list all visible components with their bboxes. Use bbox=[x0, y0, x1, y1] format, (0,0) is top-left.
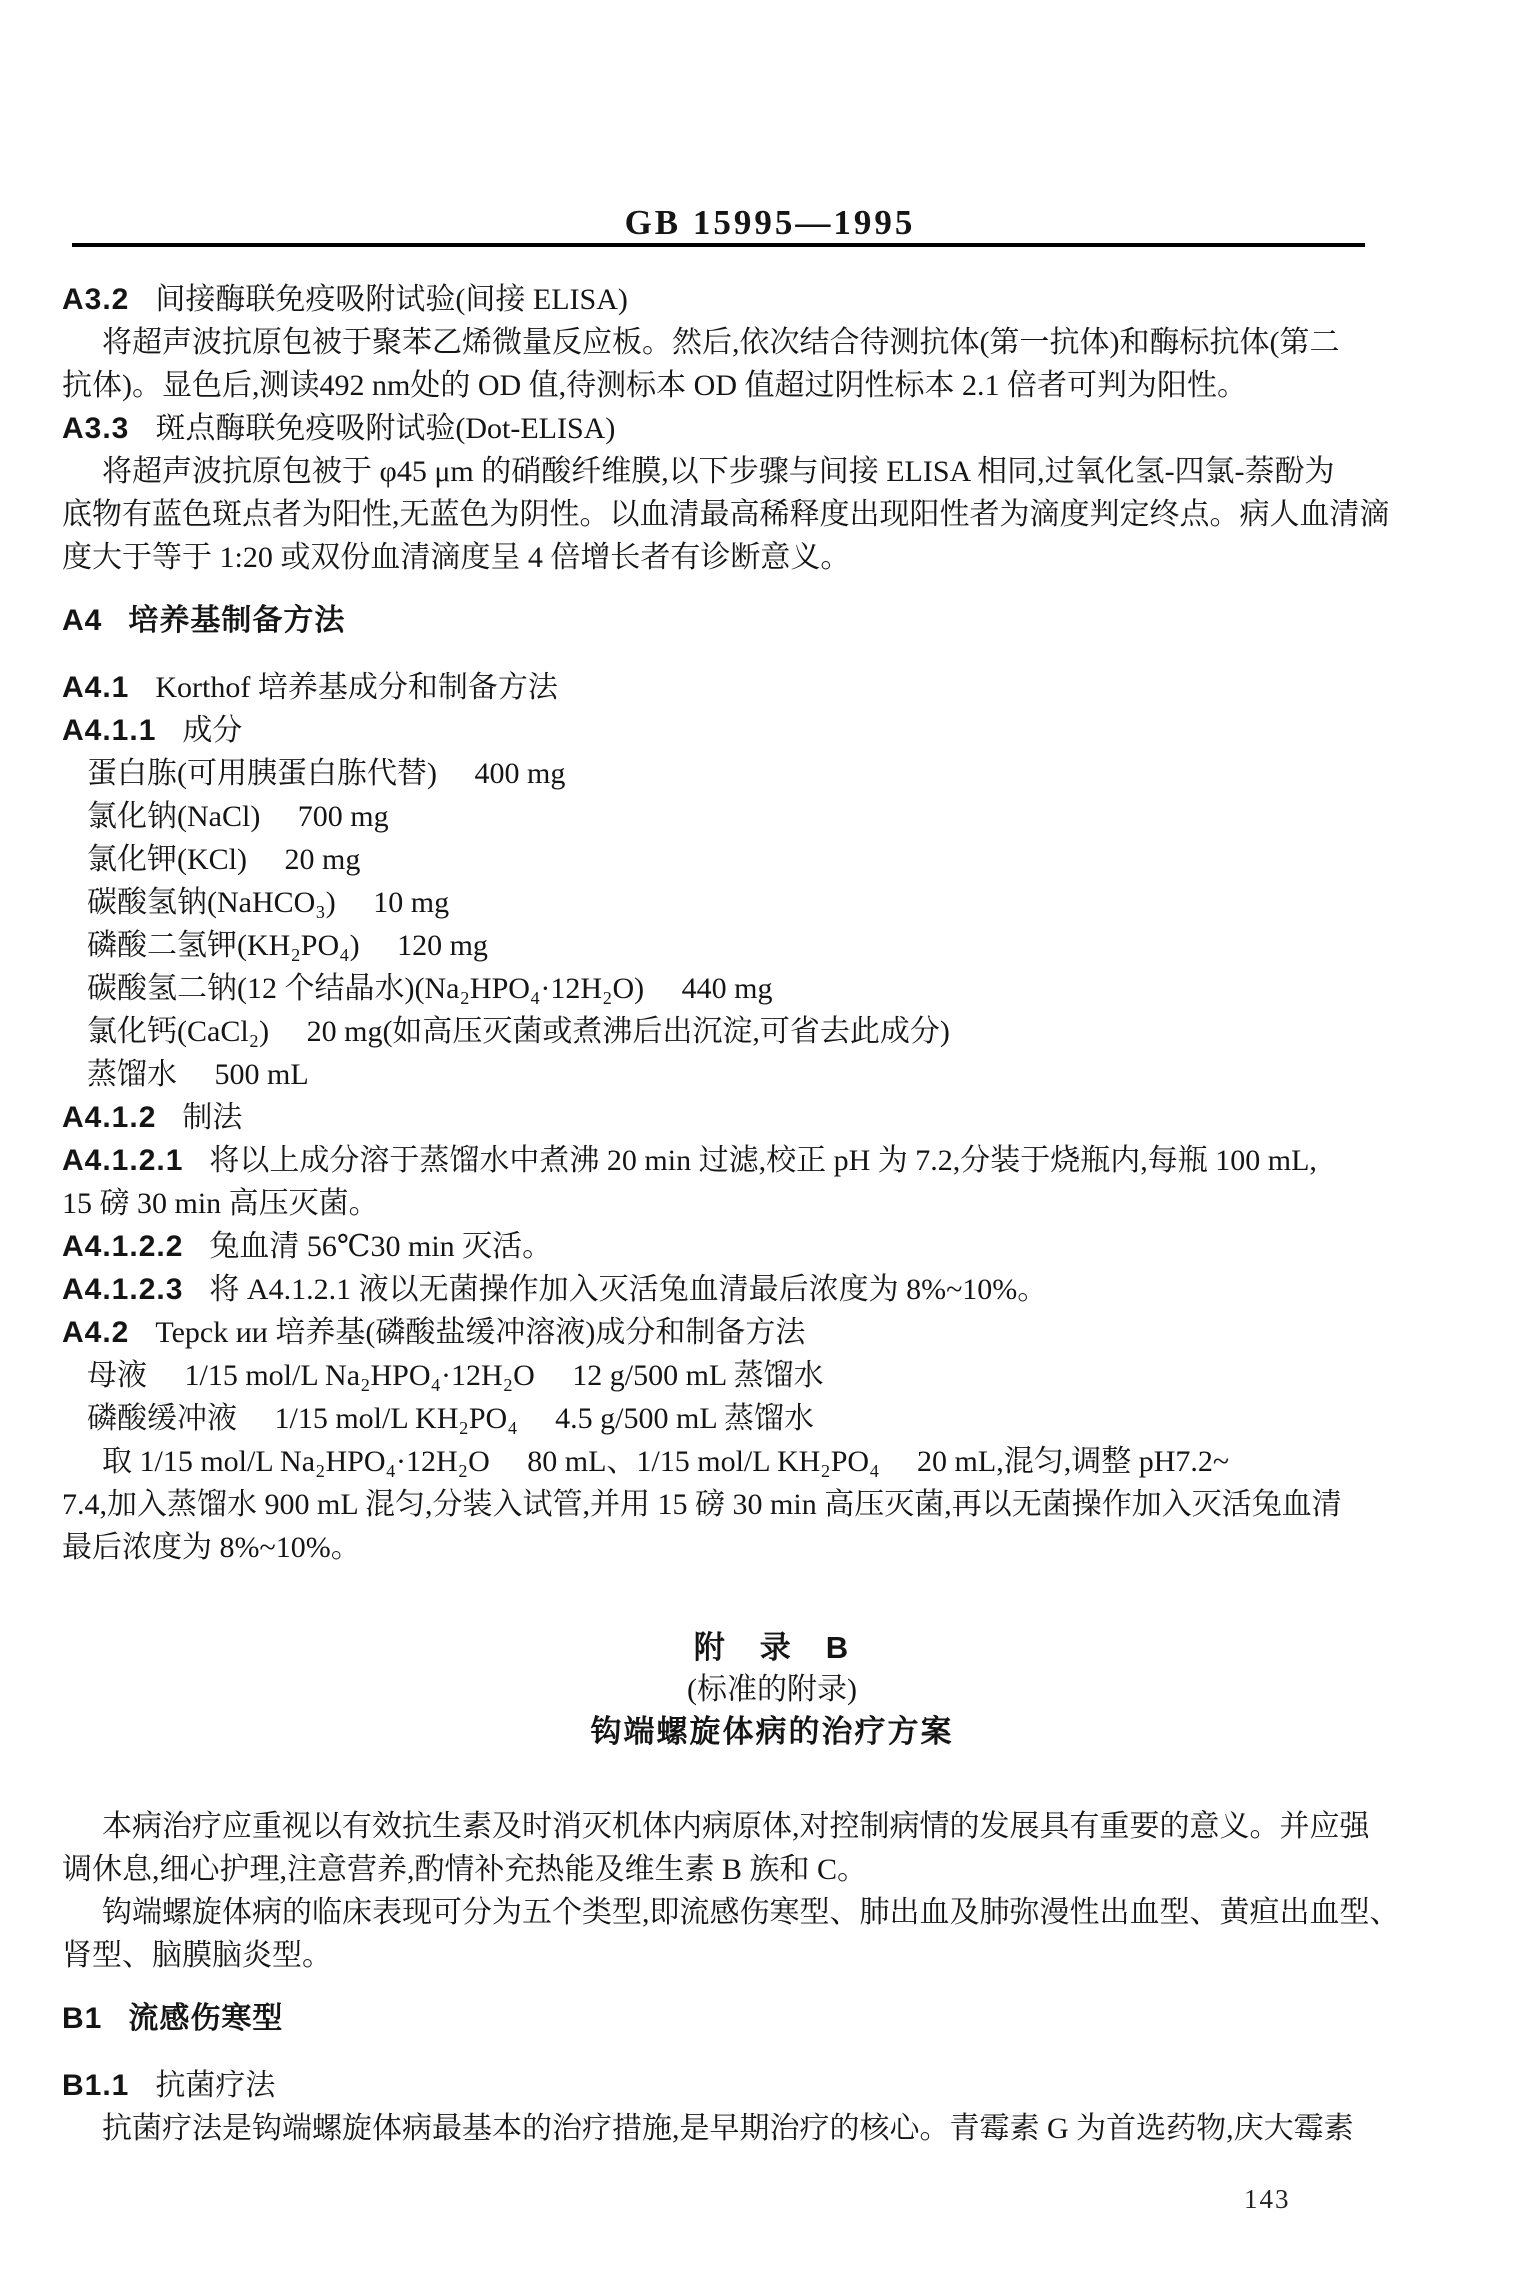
paragraph-line: 抗菌疗法是钩端螺旋体病最基本的治疗措施,是早期治疗的核心。青霉素 G 为首选药物… bbox=[62, 2107, 1482, 2150]
text: 碳酸氢二钠(12 个结晶水)(Na₂HPO₄·12H₂O) 440 mg bbox=[87, 972, 773, 1005]
header-rule bbox=[72, 243, 1365, 247]
centered-line: 钩端螺旋体病的治疗方案 bbox=[62, 1711, 1482, 1753]
section-number: A4.1.2.2 bbox=[62, 1230, 183, 1263]
page-number: 143 bbox=[1244, 2184, 1291, 2215]
text: 培养基制备方法 bbox=[128, 604, 345, 637]
section-number: A4.2 bbox=[62, 1316, 129, 1349]
text: Korthof 培养基成分和制备方法 bbox=[155, 671, 557, 704]
section-number: A4.1.2.1 bbox=[62, 1144, 183, 1177]
heading-b1-1: B1.1抗菌疗法 bbox=[62, 2064, 1482, 2107]
text: 7.4,加入蒸馏水 900 mL 混匀,分装入试管,并用 15 磅 30 min… bbox=[62, 1488, 1342, 1521]
paragraph-line: 将超声波抗原包被于 φ45 μm 的硝酸纤维膜,以下步骤与间接 ELISA 相同… bbox=[62, 450, 1482, 493]
text: 将以上成分溶于蒸馏水中煮沸 20 min 过滤,校正 pH 为 7.2,分装于烧… bbox=[209, 1144, 1317, 1177]
section-number: B1.1 bbox=[62, 2069, 129, 2102]
text: 蛋白胨(可用胰蛋白胨代替) 400 mg bbox=[87, 757, 565, 790]
document-body: A3.2间接酶联免疫吸附试验(间接 ELISA)将超声波抗原包被于聚苯乙烯微量反… bbox=[62, 278, 1482, 2150]
section-number: A4.1.2 bbox=[62, 1101, 156, 1134]
heading-b1: B1流感伤寒型 bbox=[62, 1997, 1482, 2040]
list-item: 氯化钙(CaCl₂) 20 mg(如高压灭菌或煮沸后出沉淀,可省去此成分) bbox=[62, 1010, 1482, 1053]
list-item: 蛋白胨(可用胰蛋白胨代替) 400 mg bbox=[62, 752, 1482, 795]
heading-a4-1-1: A4.1.1成分 bbox=[62, 709, 1482, 752]
text: 钩端螺旋体病的临床表现可分为五个类型,即流感伤寒型、肺出血及肺弥漫性出血型、黄疸… bbox=[102, 1896, 1400, 1929]
paragraph-line: 7.4,加入蒸馏水 900 mL 混匀,分装入试管,并用 15 磅 30 min… bbox=[62, 1483, 1482, 1526]
heading-a4-1-2: A4.1.2制法 bbox=[62, 1096, 1482, 1139]
text: 调休息,细心护理,注意营养,酌情补充热能及维生素 B 族和 C。 bbox=[62, 1853, 867, 1886]
text: 钩端螺旋体病的治疗方案 bbox=[591, 1714, 954, 1749]
paragraph-line: 将超声波抗原包被于聚苯乙烯微量反应板。然后,依次结合待测抗体(第一抗体)和酶标抗… bbox=[62, 321, 1482, 364]
list-item: 母液 1/15 mol/L Na₂HPO₄·12H₂O 12 g/500 mL … bbox=[62, 1354, 1482, 1397]
heading-a4: A4培养基制备方法 bbox=[62, 599, 1482, 642]
text: 底物有蓝色斑点者为阳性,无蓝色为阴性。以血清最高稀释度出现阳性者为滴度判定终点。… bbox=[62, 498, 1390, 531]
paragraph-line: 15 磅 30 min 高压灭菌。 bbox=[62, 1182, 1482, 1225]
paragraph-line: 本病治疗应重视以有效抗生素及时消灭机体内病原体,对控制病情的发展具有重要的意义。… bbox=[62, 1805, 1482, 1848]
list-item: 磷酸二氢钾(KH₂PO₄) 120 mg bbox=[62, 924, 1482, 967]
section-number: A4 bbox=[62, 604, 102, 637]
section-number: A4.1.1 bbox=[62, 714, 156, 747]
list-item: 蒸馏水 500 mL bbox=[62, 1053, 1482, 1096]
text: 氯化钙(CaCl₂) 20 mg(如高压灭菌或煮沸后出沉淀,可省去此成分) bbox=[87, 1015, 950, 1048]
text: 斑点酶联免疫吸附试验(Dot-ELISA) bbox=[155, 412, 615, 445]
standard-number: GB 15995—1995 bbox=[62, 203, 1478, 243]
paragraph-line: 最后浓度为 8%~10%。 bbox=[62, 1526, 1482, 1569]
text: 碳酸氢钠(NaHCO₃) 10 mg bbox=[87, 886, 449, 919]
text: 15 磅 30 min 高压灭菌。 bbox=[62, 1187, 379, 1220]
centered-line: 附 录 B bbox=[62, 1627, 1482, 1669]
text: 附 录 B bbox=[694, 1630, 850, 1665]
paragraph-line: 肾型、脑膜脑炎型。 bbox=[62, 1934, 1482, 1977]
text: 成分 bbox=[182, 714, 242, 747]
paragraph-line: 底物有蓝色斑点者为阳性,无蓝色为阴性。以血清最高稀释度出现阳性者为滴度判定终点。… bbox=[62, 493, 1482, 536]
section-number: A4.1.2.3 bbox=[62, 1273, 183, 1306]
paragraph-line: 取 1/15 mol/L Na₂HPO₄·12H₂O 80 mL、1/15 mo… bbox=[62, 1440, 1482, 1483]
text: 母液 1/15 mol/L Na₂HPO₄·12H₂O 12 g/500 mL … bbox=[87, 1359, 824, 1392]
text: 度大于等于 1:20 或双份血清滴度呈 4 倍增长者有诊断意义。 bbox=[62, 541, 850, 574]
list-item: 氯化钠(NaCl) 700 mg bbox=[62, 795, 1482, 838]
paragraph-line: 钩端螺旋体病的临床表现可分为五个类型,即流感伤寒型、肺出血及肺弥漫性出血型、黄疸… bbox=[62, 1891, 1482, 1934]
centered-line: (标准的附录) bbox=[62, 1669, 1482, 1711]
text: 氯化钾(KCl) 20 mg bbox=[87, 843, 360, 876]
paragraph-line: 抗体)。显色后,测读492 nm处的 OD 值,待测标本 OD 值超过阴性标本 … bbox=[62, 364, 1482, 407]
text: 抗菌疗法 bbox=[155, 2069, 275, 2102]
text: 蒸馏水 500 mL bbox=[87, 1058, 309, 1091]
section-number: A3.2 bbox=[62, 283, 129, 316]
paragraph-line: 度大于等于 1:20 或双份血清滴度呈 4 倍增长者有诊断意义。 bbox=[62, 536, 1482, 579]
text: 抗菌疗法是钩端螺旋体病最基本的治疗措施,是早期治疗的核心。青霉素 G 为首选药物… bbox=[102, 2112, 1354, 2145]
list-item: 碳酸氢二钠(12 个结晶水)(Na₂HPO₄·12H₂O) 440 mg bbox=[62, 967, 1482, 1010]
text: 将 A4.1.2.1 液以无菌操作加入灭活兔血清最后浓度为 8%~10%。 bbox=[209, 1273, 1047, 1306]
paragraph-line: 调休息,细心护理,注意营养,酌情补充热能及维生素 B 族和 C。 bbox=[62, 1848, 1482, 1891]
heading-a3-3: A3.3斑点酶联免疫吸附试验(Dot-ELISA) bbox=[62, 407, 1482, 450]
heading-a4-2: A4.2Tepck ии 培养基(磷酸盐缓冲溶液)成分和制备方法 bbox=[62, 1311, 1482, 1354]
section-number: A4.1 bbox=[62, 671, 129, 704]
text: Tepck ии 培养基(磷酸盐缓冲溶液)成分和制备方法 bbox=[155, 1316, 805, 1349]
text: 磷酸缓冲液 1/15 mol/L KH₂PO₄ 4.5 g/500 mL 蒸馏水 bbox=[87, 1402, 814, 1435]
heading-a4-1-2-3: A4.1.2.3将 A4.1.2.1 液以无菌操作加入灭活兔血清最后浓度为 8%… bbox=[62, 1268, 1482, 1311]
text: 本病治疗应重视以有效抗生素及时消灭机体内病原体,对控制病情的发展具有重要的意义。… bbox=[102, 1810, 1370, 1843]
section-number: A3.3 bbox=[62, 412, 129, 445]
text: 氯化钠(NaCl) 700 mg bbox=[87, 800, 389, 833]
text: 间接酶联免疫吸附试验(间接 ELISA) bbox=[155, 283, 627, 316]
text: 将超声波抗原包被于聚苯乙烯微量反应板。然后,依次结合待测抗体(第一抗体)和酶标抗… bbox=[102, 326, 1339, 359]
text: 最后浓度为 8%~10%。 bbox=[62, 1531, 361, 1564]
text: 兔血清 56℃30 min 灭活。 bbox=[209, 1230, 552, 1263]
text: 流感伤寒型 bbox=[128, 2002, 283, 2035]
text: 将超声波抗原包被于 φ45 μm 的硝酸纤维膜,以下步骤与间接 ELISA 相同… bbox=[102, 455, 1335, 488]
heading-a4-1-2-2: A4.1.2.2兔血清 56℃30 min 灭活。 bbox=[62, 1225, 1482, 1268]
heading-a4-1-2-1: A4.1.2.1将以上成分溶于蒸馏水中煮沸 20 min 过滤,校正 pH 为 … bbox=[62, 1139, 1482, 1182]
text: 取 1/15 mol/L Na₂HPO₄·12H₂O 80 mL、1/15 mo… bbox=[102, 1445, 1229, 1478]
text: 抗体)。显色后,测读492 nm处的 OD 值,待测标本 OD 值超过阴性标本 … bbox=[62, 369, 1247, 402]
text: (标准的附录) bbox=[687, 1673, 857, 1706]
text: 制法 bbox=[182, 1101, 242, 1134]
heading-a3-2: A3.2间接酶联免疫吸附试验(间接 ELISA) bbox=[62, 278, 1482, 321]
list-item: 氯化钾(KCl) 20 mg bbox=[62, 838, 1482, 881]
heading-a4-1: A4.1Korthof 培养基成分和制备方法 bbox=[62, 666, 1482, 709]
document-page: GB 15995—1995 A3.2间接酶联免疫吸附试验(间接 ELISA)将超… bbox=[0, 0, 1536, 2285]
text: 磷酸二氢钾(KH₂PO₄) 120 mg bbox=[87, 929, 488, 962]
list-item: 磷酸缓冲液 1/15 mol/L KH₂PO₄ 4.5 g/500 mL 蒸馏水 bbox=[62, 1397, 1482, 1440]
section-number: B1 bbox=[62, 2002, 102, 2035]
list-item: 碳酸氢钠(NaHCO₃) 10 mg bbox=[62, 881, 1482, 924]
text: 肾型、脑膜脑炎型。 bbox=[62, 1939, 332, 1972]
